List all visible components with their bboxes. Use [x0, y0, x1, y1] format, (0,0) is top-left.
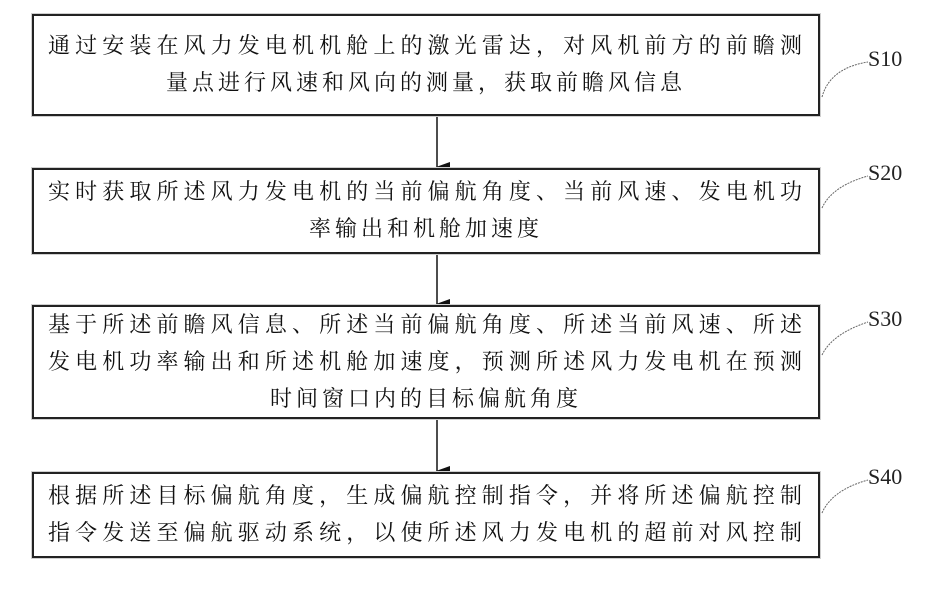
step-label-s10: S10: [868, 46, 902, 72]
leader-s40: [822, 480, 868, 513]
step-box-s10: 通过安装在风力发电机机舱上的激光雷达，对风机前方的前瞻测 量点进行风速和风向的测…: [32, 14, 820, 116]
step-label-s20: S20: [868, 160, 902, 186]
step-text-line: 指令发送至偏航驱动系统，以使所述风力发电机的超前对风控制: [48, 515, 804, 552]
leader-s10: [822, 62, 868, 97]
step-box-s20: 实时获取所述风力发电机的当前偏航角度、当前风速、发电机功 率输出和机舱加速度: [32, 168, 820, 254]
step-text-line: 发电机功率输出和所述机舱加速度，预测所述风力发电机在预测: [48, 344, 804, 381]
step-box-s30: 基于所述前瞻风信息、所述当前偏航角度、所述当前风速、所述 发电机功率输出和所述机…: [32, 305, 820, 419]
leader-s20: [822, 176, 868, 208]
step-text-line: 基于所述前瞻风信息、所述当前偏航角度、所述当前风速、所述: [48, 307, 804, 344]
step-text-line: 根据所述目标偏航角度，生成偏航控制指令，并将所述偏航控制: [48, 478, 804, 515]
step-text-line: 量点进行风速和风向的测量，获取前瞻风信息: [48, 65, 804, 102]
step-box-s40: 根据所述目标偏航角度，生成偏航控制指令，并将所述偏航控制 指令发送至偏航驱动系统…: [32, 472, 820, 558]
step-text-line: 通过安装在风力发电机机舱上的激光雷达，对风机前方的前瞻测: [48, 28, 804, 65]
step-text-line: 率输出和机舱加速度: [48, 211, 804, 248]
step-label-s30: S30: [868, 306, 902, 332]
step-text-line: 时间窗口内的目标偏航角度: [48, 381, 804, 418]
step-text-line: 实时获取所述风力发电机的当前偏航角度、当前风速、发电机功: [48, 174, 804, 211]
leader-s30: [822, 322, 868, 355]
step-label-s40: S40: [868, 464, 902, 490]
